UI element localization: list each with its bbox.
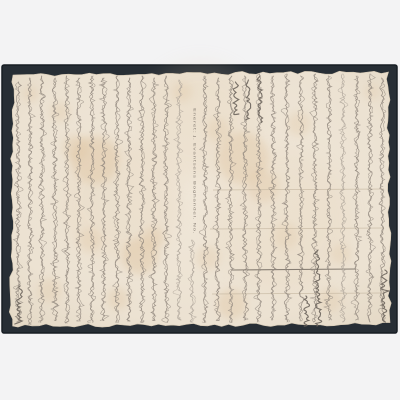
stain (107, 288, 129, 310)
postcard-artwork: Eneret: J. Evantsens Boghandel. No. (0, 0, 400, 400)
stain (287, 112, 311, 136)
publisher-imprint: Eneret: J. Evantsens Boghandel. No. (193, 108, 197, 234)
stain (247, 170, 279, 202)
stain (23, 86, 39, 102)
postcard-photo: Eneret: J. Evantsens Boghandel. No. (0, 0, 400, 400)
stain (78, 228, 102, 252)
stain (364, 84, 380, 100)
stain (142, 227, 164, 249)
